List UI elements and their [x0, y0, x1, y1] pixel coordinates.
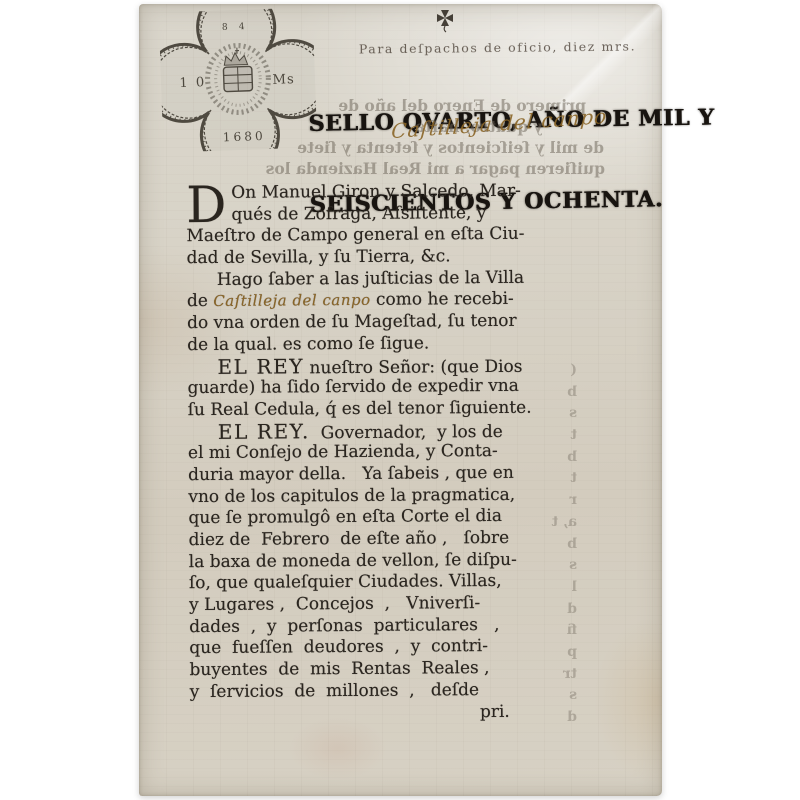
maltese-cross-icon: [435, 8, 455, 34]
bleedthrough-margin-column: (bstbtra, tbsldfiptrsd: [497, 362, 577, 731]
drop-cap: D: [186, 183, 231, 226]
bleedthrough-fragment: s: [497, 557, 577, 579]
text-line: dad de Sevilla, y ſu Tierra, &c.: [187, 246, 509, 270]
bleedthrough-fragment: t: [497, 470, 577, 492]
text-line: diez de Febrero de eſte año , ſobre: [189, 528, 511, 552]
bleedthrough-fragment: fi: [497, 622, 577, 644]
bleedthrough-fragment: tr: [497, 666, 577, 688]
text-line: qués de Zofraga, Aſsiſtente, y: [186, 203, 508, 227]
bleedthrough-fragment: d: [497, 601, 577, 623]
seal-year: 1680: [223, 129, 267, 144]
paragraph: EL REY. Governador, y los deel mi Conſej…: [188, 419, 512, 703]
text-line: Hago ſaber a las juſticias de la Villa: [187, 268, 509, 292]
text-segment: Governador, y los de: [310, 421, 503, 442]
inline-handwriting: Caſtilleja del canpo: [213, 291, 370, 310]
text-line: y Lugares , Concejos , Vniverſi-: [189, 593, 511, 617]
text-line: vno de los capitulos de la pragmatica,: [188, 485, 510, 509]
text-line: de Caſtilleja del canpo como he recebi-: [187, 289, 509, 313]
text-segment: como he recebi-: [371, 289, 514, 310]
quatrefoil-seal-icon: 8 4 1 0 Ms 1680: [159, 7, 318, 152]
text-line: duria mayor della. Ya ſabeis , que en: [188, 463, 510, 487]
text-line: dades , y perſonas particulares ,: [189, 615, 511, 639]
bleedthrough-fragment: b: [497, 536, 577, 558]
seal-left-value: 1 0: [179, 75, 207, 91]
text-segment: EL REY.: [218, 419, 310, 444]
decree-body-text: DOn Manuel Giron y Salcedo, Mar-qués de …: [186, 181, 512, 725]
bleedthrough-line: quiſieren pagar a mi Real Hazienda los: [333, 159, 605, 178]
text-segment: nueſtro Señor: (que Dios: [304, 356, 522, 378]
text-line: ſu Real Cedula, q́ es del tenor ſiguient…: [188, 398, 510, 422]
paragraph: DOn Manuel Giron y Salcedo, Mar-qués de …: [186, 181, 509, 270]
bleedthrough-fragment: b: [497, 449, 577, 471]
bleedthrough-fragment: (: [497, 362, 577, 384]
bleedthrough-fragment: t: [497, 427, 577, 449]
text-line: EL REY. Governador, y los de: [188, 419, 510, 443]
paragraphs: DOn Manuel Giron y Salcedo, Mar-qués de …: [186, 181, 512, 704]
paragraph: EL REY nueſtro Señor: (que Diosguarde) h…: [187, 354, 509, 421]
text-line: que ſe promulgô en eſta Corte el dia: [188, 506, 510, 530]
seal-right-value: Ms: [272, 72, 295, 88]
text-segment: EL REY: [217, 354, 304, 379]
paragraph: Hago ſaber a las juſticias de la Villade…: [187, 268, 510, 357]
text-line: la baxa de moneda de vellon, ſe diſpu-: [189, 550, 511, 574]
bleedthrough-fragment: b: [497, 384, 577, 406]
text-segment: de: [187, 291, 213, 311]
text-line: do vna orden de ſu Mageſtad, ſu tenor: [187, 311, 509, 335]
bleedthrough-line: de mil y ſeiſcientos y ſetenta y ſiete: [339, 138, 604, 157]
bleedthrough-fragment: a, t: [497, 514, 577, 536]
text-line: guarde) ha ſido ſervido de expedir vna: [187, 376, 509, 400]
manuscript-page: 8 4 1 0 Ms 1680 Para deſpachos de oficio…: [139, 4, 662, 796]
catchword: pri.: [190, 701, 512, 725]
text-line: buyentes de mis Rentas Reales ,: [189, 658, 511, 682]
text-line: ſo, que qualeſquier Ciudades. Villas,: [189, 571, 511, 595]
seal-top-marks: 8 4: [222, 22, 249, 33]
bleedthrough-fragment: p: [497, 644, 577, 666]
document-photograph: 8 4 1 0 Ms 1680 Para deſpachos de oficio…: [0, 0, 800, 800]
text-line: y ſervicios de millones , deſde: [190, 680, 512, 704]
bleedthrough-fragment: r: [497, 492, 577, 514]
tax-stamp-seal-icon: 8 4 1 0 Ms 1680: [159, 7, 318, 152]
bleedthrough-fragment: s: [497, 405, 577, 427]
text-line: el mi Conſejo de Hazienda, y Conta-: [188, 441, 510, 465]
bleedthrough-fragment: s: [497, 687, 577, 709]
text-line: EL REY nueſtro Señor: (que Dios: [187, 354, 509, 378]
text-line: de la qual. es como ſe ſigue.: [187, 333, 509, 357]
bleedthrough-fragment: l: [497, 579, 577, 601]
text-line: que fueſſen deudores , y contri-: [189, 636, 511, 660]
text-line: Maeſtro de Campo general en eſta Ciu-: [186, 224, 508, 248]
bleedthrough-fragment: d: [497, 709, 577, 731]
text-line: On Manuel Giron y Salcedo, Mar-: [186, 181, 508, 205]
